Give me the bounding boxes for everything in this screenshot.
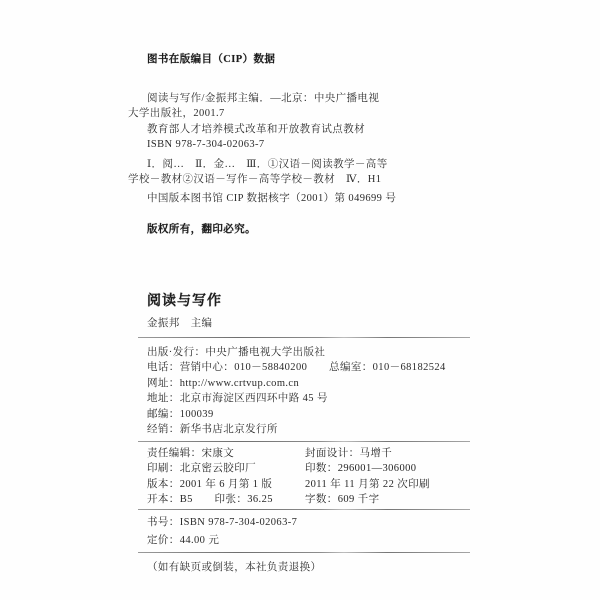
publisher-line: 出版·发行：中央广播电视大学出版社 <box>128 346 499 359</box>
address-line: 地址：北京市海淀区西四环中路 45 号 <box>128 392 499 405</box>
cip-isbn: ISBN 978-7-304-02063-7 <box>128 138 499 151</box>
print-run: 印数：296001—306000 <box>305 462 416 475</box>
cip-class-line1: Ⅰ．阅… Ⅱ．金… Ⅲ．①汉语－阅读教学－高等 <box>128 158 499 171</box>
cip-series-note: 教育部人才培养模式改革和开放教育试点教材 <box>128 123 499 136</box>
price: 定价：44.00 元 <box>128 534 499 547</box>
divider-rule-3 <box>138 509 470 510</box>
cip-class-line2: 学校－教材②汉语－写作－高等学校－教材 Ⅳ．H1 <box>128 173 480 186</box>
book-number: 书号：ISBN 978-7-304-02063-7 <box>128 516 499 529</box>
responsible-editor: 责任编辑：宋康文 <box>147 447 234 460</box>
book-title: 阅读与写作 <box>128 295 499 308</box>
book-editor: 金振邦 主编 <box>128 317 499 330</box>
cip-entry-line1: 阅读与写作/金振邦主编．—北京：中央广播电视 <box>128 92 499 105</box>
word-count: 字数：609 千字 <box>305 493 379 506</box>
cip-entry-line2: 大学出版社，2001.7 <box>128 107 480 120</box>
website-line: 网址：http://www.crtvup.com.cn <box>128 377 499 390</box>
postcode-line: 邮编：100039 <box>128 408 499 421</box>
cip-registry-number: 中国版本图书馆 CIP 数据核字（2001）第 049699 号 <box>128 192 499 205</box>
edition: 版本：2001 年 6 月第 1 版 <box>147 478 272 491</box>
impression: 2011 年 11 月第 22 次印刷 <box>305 478 430 491</box>
printer: 印刷：北京密云胶印厂 <box>147 462 256 475</box>
divider-rule-4 <box>138 552 470 553</box>
cover-designer: 封面设计：马增千 <box>305 447 392 460</box>
book-copyright-page: 图书在版编目（CIP）数据 阅读与写作/金振邦主编．—北京：中央广播电视 大学出… <box>0 0 600 600</box>
phone-line: 电话：营销中心：010－58840200 总编室：010－68182524 <box>128 361 499 374</box>
defect-exchange-note: （如有缺页或倒装，本社负责退换） <box>128 561 499 574</box>
format-sheets: 开本：B5 印张：36.25 <box>147 493 273 506</box>
copyright-notice: 版权所有，翻印必究。 <box>128 223 499 236</box>
distributor-line: 经销：新华书店北京发行所 <box>128 423 499 436</box>
cip-header: 图书在版编目（CIP）数据 <box>128 53 499 66</box>
divider-rule-2 <box>138 441 470 442</box>
divider-rule-1 <box>138 337 470 338</box>
